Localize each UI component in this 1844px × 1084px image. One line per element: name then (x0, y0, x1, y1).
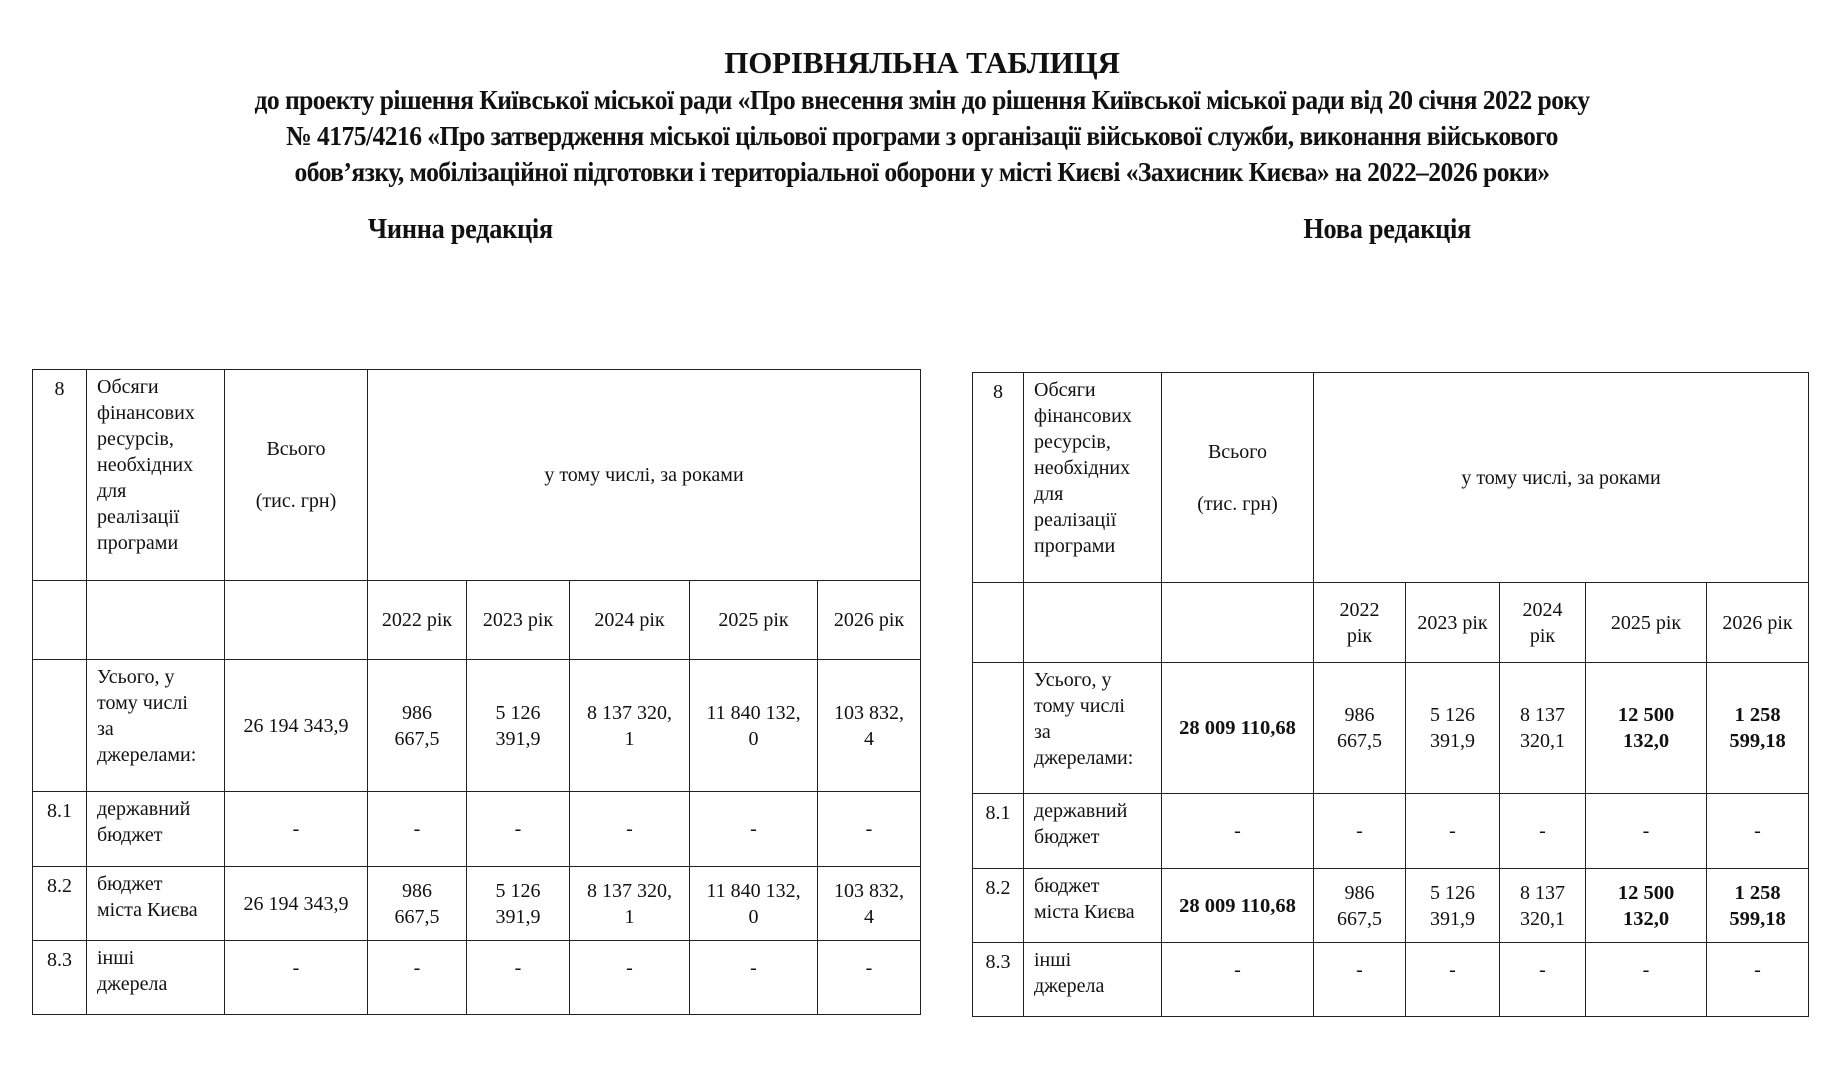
year-header: 2023 рік (1406, 583, 1500, 663)
row-label: інші джерела (1024, 943, 1162, 1017)
row-label: державний бюджет (87, 792, 225, 867)
years-row: 2022 рік 2023 рік 2024 рік 2025 рік 2026… (33, 581, 921, 660)
table-row: Усього, у тому числі за джерелами: 28 00… (973, 663, 1809, 794)
row-value: - (818, 941, 921, 1015)
row-value: 986 667,5 (1314, 869, 1406, 943)
row-value: 12 500 132,0 (1586, 869, 1707, 943)
row-value: - (1406, 794, 1500, 869)
row-value: 103 832, 4 (818, 867, 921, 941)
row-number: 8.1 (973, 794, 1024, 869)
row-value: - (368, 941, 467, 1015)
header-label: Обсяги фінансових ресурсів, необхідних д… (1024, 373, 1162, 583)
row-value: 11 840 132, 0 (690, 867, 818, 941)
year-header: 2024 рік (1500, 583, 1586, 663)
year-header: 2026 рік (1707, 583, 1809, 663)
empty-cell (1024, 583, 1162, 663)
row-value: 103 832, 4 (818, 660, 921, 792)
row-label: бюджет міста Києва (87, 867, 225, 941)
heading-current-edition: Чинна редакція (368, 214, 553, 246)
header-years-group: у тому числі, за роками (1314, 373, 1809, 583)
row-total: 28 009 110,68 (1162, 869, 1314, 943)
row-label: Усього, у тому числі за джерелами: (1024, 663, 1162, 794)
header-label: Обсяги фінансових ресурсів, необхідних д… (87, 370, 225, 581)
row-value: 11 840 132, 0 (690, 660, 818, 792)
row-value: 8 137 320, 1 (570, 660, 690, 792)
row-value: 1 258 599,18 (1707, 663, 1809, 794)
table-new-edition: 8 Обсяги фінансових ресурсів, необхідних… (972, 372, 1809, 1017)
document-header: ПОРІВНЯЛЬНА ТАБЛИЦЯ до проекту рішення К… (0, 44, 1844, 190)
row-value: 8 137 320, 1 (570, 867, 690, 941)
row-value: 8 137 320,1 (1500, 663, 1586, 794)
row-value: 1 258 599,18 (1707, 869, 1809, 943)
row-label: інші джерела (87, 941, 225, 1015)
table-current-edition: 8 Обсяги фінансових ресурсів, необхідних… (32, 369, 921, 1015)
heading-new-edition: Нова редакція (1303, 214, 1471, 246)
row-total: - (225, 941, 368, 1015)
row-total: - (1162, 943, 1314, 1017)
row-value: - (1500, 943, 1586, 1017)
table-header-row: 8 Обсяги фінансових ресурсів, необхідних… (973, 373, 1809, 583)
row-number: 8.2 (973, 869, 1024, 943)
row-total: 26 194 343,9 (225, 660, 368, 792)
row-value: - (1707, 943, 1809, 1017)
table-row: 8.3 інші джерела - - - - - - (33, 941, 921, 1015)
row-label: бюджет міста Києва (1024, 869, 1162, 943)
year-header: 2024 рік (570, 581, 690, 660)
row-value: 8 137 320,1 (1500, 869, 1586, 943)
table-row: 8.1 державний бюджет - - - - - - (33, 792, 921, 867)
row-number: 8.2 (33, 867, 87, 941)
year-header: 2025 рік (1586, 583, 1707, 663)
document-subtitle-line-2: № 4175/4216 «Про затвердження міської ці… (65, 118, 1780, 154)
row-value: - (1500, 794, 1586, 869)
table-row: 8.3 інші джерела - - - - - - (973, 943, 1809, 1017)
row-value: - (570, 941, 690, 1015)
empty-cell (973, 583, 1024, 663)
row-value: - (690, 792, 818, 867)
year-header: 2026 рік (818, 581, 921, 660)
header-years-group: у тому числі, за роками (368, 370, 921, 581)
row-total: 28 009 110,68 (1162, 663, 1314, 794)
row-total: - (1162, 794, 1314, 869)
years-row: 2022 рік 2023 рік 2024 рік 2025 рік 2026… (973, 583, 1809, 663)
row-value: - (467, 941, 570, 1015)
row-value: - (1406, 943, 1500, 1017)
row-value: 5 126 391,9 (467, 867, 570, 941)
row-number (973, 663, 1024, 794)
header-total: Всього (тис. грн) (1162, 373, 1314, 583)
empty-cell (87, 581, 225, 660)
document-subtitle-line-1: до проекту рішення Київської міської рад… (65, 82, 1780, 118)
row-label: державний бюджет (1024, 794, 1162, 869)
row-total: 26 194 343,9 (225, 867, 368, 941)
row-value: 986 667,5 (1314, 663, 1406, 794)
row-value: - (1314, 943, 1406, 1017)
year-header: 2023 рік (467, 581, 570, 660)
row-value: 986 667,5 (368, 660, 467, 792)
empty-cell (225, 581, 368, 660)
document-subtitle-line-3: обов’язку, мобілізаційної підготовки і т… (65, 154, 1780, 190)
row-value: 5 126 391,9 (1406, 663, 1500, 794)
row-value: - (1586, 794, 1707, 869)
row-value: 5 126 391,9 (467, 660, 570, 792)
table-row: 8.1 державний бюджет - - - - - - (973, 794, 1809, 869)
row-value: - (1707, 794, 1809, 869)
row-number: 8.3 (33, 941, 87, 1015)
row-number: 8.3 (973, 943, 1024, 1017)
row-value: - (690, 941, 818, 1015)
row-value: 12 500 132,0 (1586, 663, 1707, 794)
header-total: Всього (тис. грн) (225, 370, 368, 581)
row-number (33, 660, 87, 792)
year-header: 2025 рік (690, 581, 818, 660)
row-label: Усього, у тому числі за джерелами: (87, 660, 225, 792)
row-value: - (1586, 943, 1707, 1017)
section-number: 8 (973, 373, 1024, 583)
empty-cell (33, 581, 87, 660)
year-header: 2022 рік (1314, 583, 1406, 663)
row-value: - (1314, 794, 1406, 869)
row-value: 986 667,5 (368, 867, 467, 941)
section-number: 8 (33, 370, 87, 581)
year-header: 2022 рік (368, 581, 467, 660)
row-value: - (467, 792, 570, 867)
row-value: - (570, 792, 690, 867)
document-title: ПОРІВНЯЛЬНА ТАБЛИЦЯ (0, 44, 1844, 82)
row-total: - (225, 792, 368, 867)
table-header-row: 8 Обсяги фінансових ресурсів, необхідних… (33, 370, 921, 581)
table-row: 8.2 бюджет міста Києва 28 009 110,68 986… (973, 869, 1809, 943)
row-value: 5 126 391,9 (1406, 869, 1500, 943)
table-row: Усього, у тому числі за джерелами: 26 19… (33, 660, 921, 792)
row-value: - (368, 792, 467, 867)
table-row: 8.2 бюджет міста Києва 26 194 343,9 986 … (33, 867, 921, 941)
empty-cell (1162, 583, 1314, 663)
row-value: - (818, 792, 921, 867)
row-number: 8.1 (33, 792, 87, 867)
